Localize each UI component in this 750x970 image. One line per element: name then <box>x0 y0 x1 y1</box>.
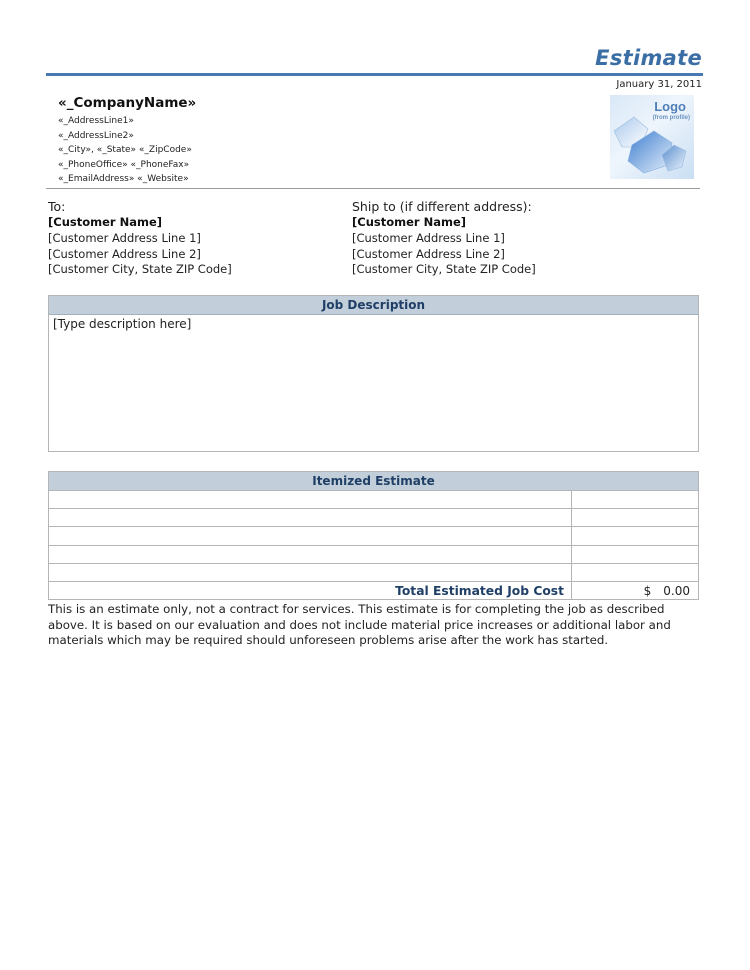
company-logo[interactable]: Logo (from profile) <box>610 95 694 179</box>
job-description-header: Job Description <box>49 296 698 315</box>
item-description-cell[interactable] <box>49 563 572 581</box>
table-row <box>49 509 698 527</box>
ship-to-address-line-1[interactable]: [Customer Address Line 1] <box>352 231 536 247</box>
job-description-field[interactable]: [Type description here] <box>49 315 698 333</box>
title-divider <box>46 73 703 76</box>
item-description-cell[interactable] <box>49 545 572 563</box>
company-address-line-2[interactable]: «_AddressLine2» <box>58 129 196 144</box>
ship-to-label: Ship to (if different address): <box>352 198 536 215</box>
ship-to-city-state-zip[interactable]: [Customer City, State ZIP Code] <box>352 262 536 278</box>
company-city-state-zip[interactable]: «_City», «_State» «_ZipCode» <box>58 143 196 158</box>
total-label: Total Estimated Job Cost <box>49 581 572 600</box>
total-value: 0.00 <box>663 584 690 598</box>
company-email-website[interactable]: «_EmailAddress» «_Website» <box>58 172 196 187</box>
item-description-cell[interactable] <box>49 491 572 509</box>
table-row <box>49 491 698 509</box>
bill-to-block: To: [Customer Name] [Customer Address Li… <box>48 198 232 278</box>
itemized-estimate-section: Itemized Estimate Total Estimated Job Co… <box>48 471 699 600</box>
itemized-estimate-header: Itemized Estimate <box>49 472 698 490</box>
item-amount-cell[interactable] <box>572 509 699 527</box>
itemized-estimate-table: Total Estimated Job Cost $0.00 <box>49 490 698 600</box>
bill-to-label: To: <box>48 198 232 215</box>
company-address-line-1[interactable]: «_AddressLine1» <box>58 114 196 129</box>
table-row <box>49 563 698 581</box>
item-amount-cell[interactable] <box>572 527 699 545</box>
item-amount-cell[interactable] <box>572 563 699 581</box>
item-amount-cell[interactable] <box>572 491 699 509</box>
total-amount: $0.00 <box>572 581 699 600</box>
item-description-cell[interactable] <box>49 527 572 545</box>
ship-to-block: Ship to (if different address): [Custome… <box>352 198 536 278</box>
company-block: «_CompanyName» «_AddressLine1» «_Address… <box>58 95 196 187</box>
document-date[interactable]: January 31, 2011 <box>616 79 702 90</box>
logo-title: Logo <box>654 99 686 114</box>
company-name[interactable]: «_CompanyName» <box>58 95 196 111</box>
bill-to-address-line-2[interactable]: [Customer Address Line 2] <box>48 247 232 263</box>
company-phone-fax[interactable]: «_PhoneOffice» «_PhoneFax» <box>58 158 196 173</box>
item-description-cell[interactable] <box>49 509 572 527</box>
table-row <box>49 527 698 545</box>
table-row <box>49 545 698 563</box>
header-divider <box>46 188 700 189</box>
disclaimer-text: This is an estimate only, not a contract… <box>48 602 704 649</box>
total-row: Total Estimated Job Cost $0.00 <box>49 581 698 600</box>
job-description-section: Job Description [Type description here] <box>48 295 699 452</box>
logo-subtitle: (from profile) <box>653 115 690 121</box>
document-title: Estimate <box>595 46 702 70</box>
currency-symbol: $ <box>644 584 652 598</box>
bill-to-address-line-1[interactable]: [Customer Address Line 1] <box>48 231 232 247</box>
bill-to-city-state-zip[interactable]: [Customer City, State ZIP Code] <box>48 262 232 278</box>
ship-to-customer-name[interactable]: [Customer Name] <box>352 215 536 231</box>
bill-to-customer-name[interactable]: [Customer Name] <box>48 215 232 231</box>
item-amount-cell[interactable] <box>572 545 699 563</box>
ship-to-address-line-2[interactable]: [Customer Address Line 2] <box>352 247 536 263</box>
